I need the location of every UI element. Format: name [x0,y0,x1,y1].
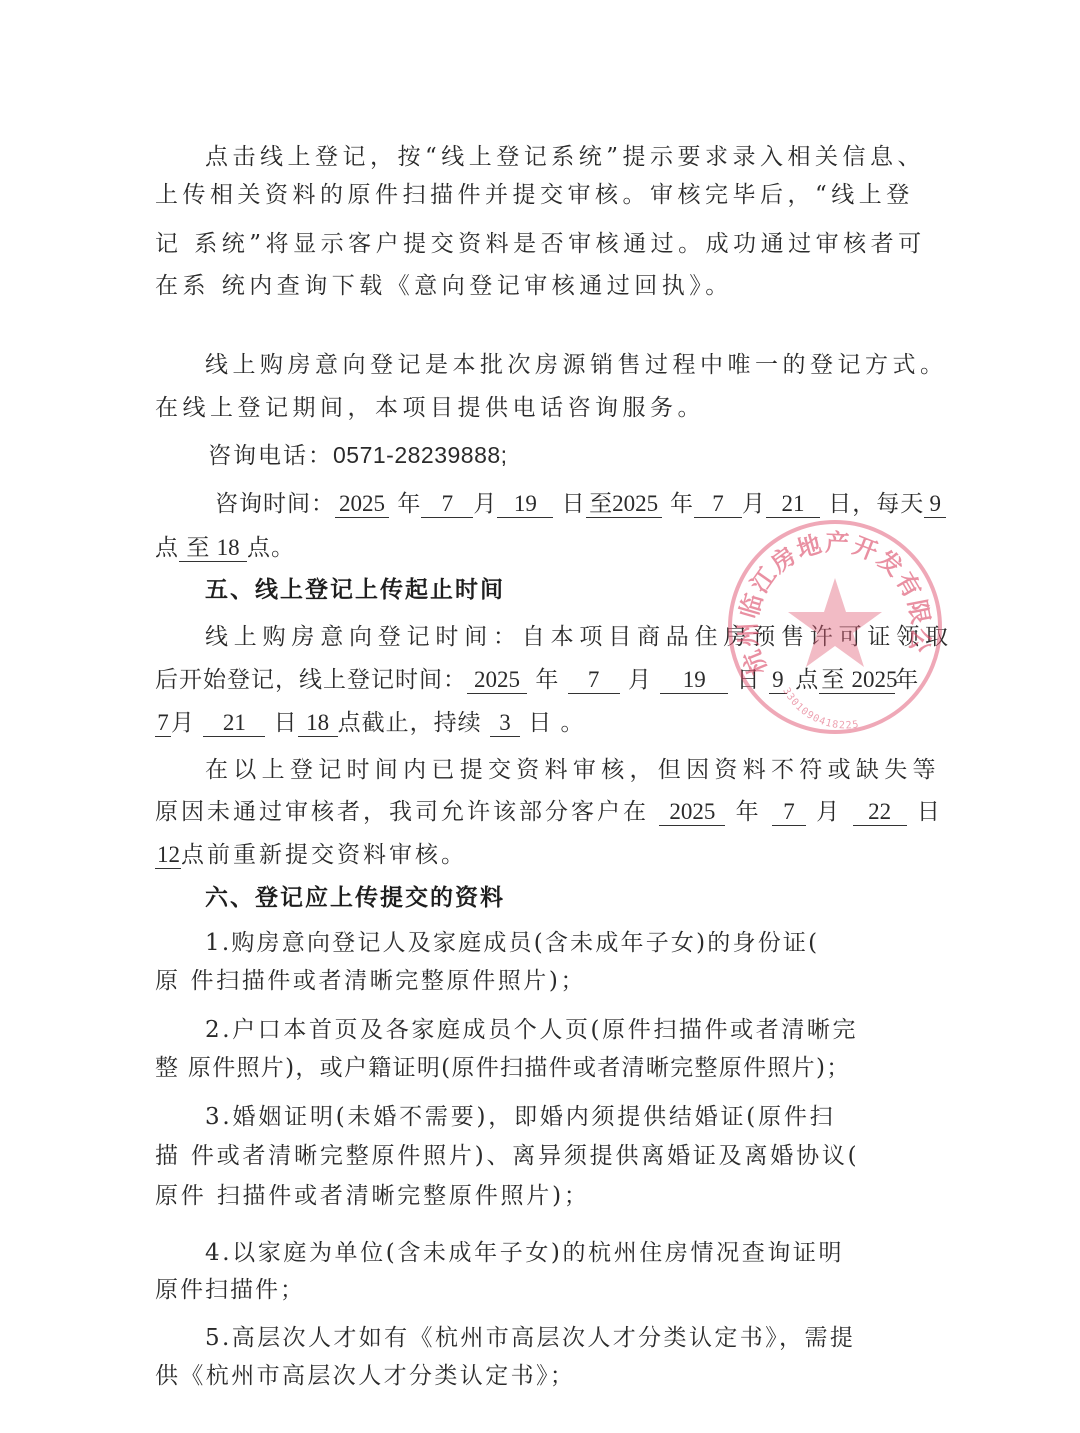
day-char: 日 [562,491,586,517]
consult-start-day: 19 [497,491,553,518]
resubmit-hour: 12 [155,842,181,869]
reg-end-year-value: 2025 [852,667,898,692]
reg-start-month: 7 [568,667,620,694]
para-upload-line-3: 记 系统”将显示客户提交资料是否审核通过。成功通过审核者可 [155,229,926,259]
consult-start-month: 7 [421,491,473,518]
item-4-line-2: 原件扫描件； [155,1275,305,1305]
section-5-line-2: 后开始登记，线上登记时间：2025 年 7 月 19 日 9 点至 2025年 [155,665,919,695]
section-6-title: 六、登记应上传提交的资料 [205,883,505,913]
resubmit-suffix: 点前重新提交资料审核。 [181,842,467,868]
duration-suffix: 日 。 [528,710,584,736]
consult-end-day: 21 [766,491,820,518]
item-3-line-3: 原件 扫描件或者清晰完整原件照片)； [155,1181,590,1211]
year-char: 年 [535,667,559,693]
reg-time-label: 后开始登记，线上登记时间： [155,667,467,693]
para-only-method-line-2: 在线上登记期间，本项目提供电话咨询服务。 [155,393,705,423]
item-3-line-1: 3.婚姻证明(未婚不需要)，即婚内须提供结婚证(原件扫 [205,1102,835,1132]
para-upload-line-4: 在系 统内查询下载《意向登记审核通过回执》。 [155,271,733,301]
section-5-line-1: 线上购房意向登记时间：自本项目商品住房预售许可证领取 [205,622,954,652]
to-char: 至 [186,535,209,561]
item-5-line-1: 5.高层次人才如有《杭州市高层次人才分类认定书》，需提 [205,1323,855,1353]
consult-phone-number: 0571-28239888; [333,442,508,468]
section-5-title: 五、线上登记上传起止时间 [205,575,505,605]
resubmit-line-2: 原因未通过审核者，我司允许该部分客户在 2025 年 7 月 22 日 [155,797,943,827]
reg-end-hour: 18 [298,710,338,737]
reg-end-year: 至 2025 [819,667,895,694]
consult-end-year-value: 2025 [612,491,658,516]
to-char: 至 [821,667,844,693]
day-char: 日 [274,710,298,736]
resubmit-year: 2025 [659,799,725,826]
consult-daily-start: 9 [924,491,946,518]
month-char: 月 [628,667,652,693]
year-char: 年 [736,799,762,825]
consult-time-label: 咨询时间： [215,491,335,517]
para-only-method-line-1: 线上购房意向登记是本批次房源销售过程中唯一的登记方式。 [205,350,948,380]
to-char: 至 [589,491,612,517]
section-5-line-3: 7月 21 日18点截止，持续 3 日 。 [155,708,585,738]
reg-end-day: 21 [203,710,265,737]
resubmit-label: 原因未通过审核者，我司允许该部分客户在 [155,799,649,825]
svg-text:杭州临江房地产开发有限公司: 杭州临江房地产开发有限公司 [728,520,935,679]
day-char: 日 [917,799,943,825]
consult-phone-label: 咨询电话： [208,443,333,469]
consult-time-line-2: 点至 18点。 [155,533,295,563]
item-3-line-2: 描 件或者清晰完整原件照片)、离异须提供离婚证及离婚协议( [155,1141,859,1171]
cutoff-text: 点截止，持续 [338,710,482,736]
month-char: 月 [816,799,842,825]
item-1-line-2: 原 件扫描件或者清晰完整原件照片)； [155,966,586,996]
document-page: 点击线上登记，按“线上登记系统”提示要求录入相关信息、 上传相关资料的原件扫描件… [0,0,1080,1433]
resubmit-line-3: 12点前重新提交资料审核。 [155,840,467,870]
day-char: 日 [828,491,852,517]
item-5-line-2: 供《杭州市高层次人才分类认定书》； [155,1361,575,1391]
reg-start-hour: 9 [769,667,787,694]
item-2-line-2: 整 原件照片)，或户籍证明(原件扫描件或者清晰完整原件照片)； [155,1053,851,1083]
hour-char: 点 [155,535,179,561]
consult-end-year: 至2025 [586,491,662,518]
resubmit-line-1: 在以上登记时间内已提交资料审核，但因资料不符或缺失等 [205,755,941,785]
item-2-line-1: 2.户口本首页及各家庭成员个人页(原件扫描件或者清晰完 [205,1015,858,1045]
item-4-line-1: 4.以家庭为单位(含未成年子女)的杭州住房情况查询证明 [205,1238,844,1268]
reg-start-year: 2025 [467,667,527,694]
para-upload-line-1: 点击线上登记，按“线上登记系统”提示要求录入相关信息、 [205,142,925,172]
month-char: 月 [171,710,195,736]
year-char: 年 [895,667,919,693]
hour-char: 点 [795,667,819,693]
daily-prefix: ，每天 [852,491,924,517]
end-suffix: 点。 [247,535,295,561]
consult-daily-end-value: 18 [217,535,240,560]
consult-phone: 咨询电话：0571-28239888; [208,440,508,471]
consult-time: 咨询时间：2025 年7月19 日至2025 年7月21 日，每天9 [215,489,946,519]
consult-end-month: 7 [694,491,742,518]
month-char: 月 [742,491,766,517]
year-char: 年 [670,491,694,517]
day-char: 日 [737,667,761,693]
reg-end-month: 7 [155,710,171,737]
month-char: 月 [473,491,497,517]
consult-start-year: 2025 [335,491,389,518]
resubmit-month: 7 [772,799,806,826]
item-1-line-1: 1.购房意向登记人及家庭成员(含未成年子女)的身份证( [205,928,819,958]
reg-start-day: 19 [660,667,728,694]
year-char: 年 [397,491,421,517]
reg-duration: 3 [490,710,520,737]
consult-daily-end: 至 18 [179,535,247,562]
para-upload-line-2: 上传相关资料的原件扫描件并提交审核。审核完毕后，“线上登 [155,180,914,210]
resubmit-day: 22 [853,799,907,826]
